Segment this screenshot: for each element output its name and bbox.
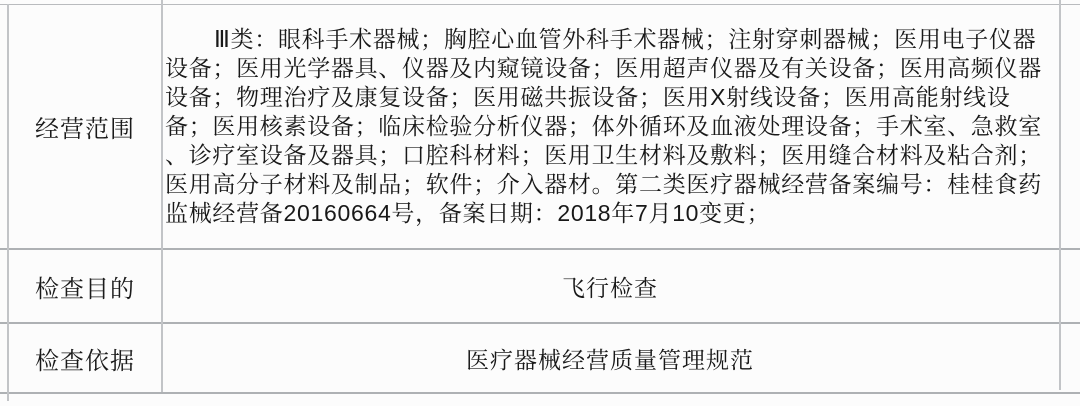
business-scope-line: 备；医用核素设备；临床检验分析仪器；体外循环及血液处理设备；手术室、急救室 <box>165 112 1057 141</box>
document-table-page: 经营范围 Ⅲ类：眼科手术器械；胸腔心血管外科手术器械；注射穿刺器械；医用电子仪器… <box>0 0 1080 406</box>
business-scope-line: 医用高分子材料及制品；软件；介入器材。第二类医疗器械经营备案编号：桂桂食药 <box>165 170 1057 199</box>
row-label-business-scope: 经营范围 <box>9 5 161 248</box>
business-scope-line: 、诊疗室设备及器具；口腔科材料；医用卫生材料及敷料；医用缝合材料及粘合剂； <box>165 141 1057 170</box>
business-scope-line: 监械经营备20160664号，备案日期：2018年7月10变更； <box>165 199 1057 228</box>
row-label-inspection-basis: 检查依据 <box>9 324 161 392</box>
row-label-inspection-purpose: 检查目的 <box>9 250 161 322</box>
business-scope-line: Ⅲ类：眼科手术器械；胸腔心血管外科手术器械；注射穿刺器械；医用电子仪器 <box>165 25 1057 54</box>
table-right-border <box>1059 0 1061 390</box>
row-divider-3 <box>0 392 1080 394</box>
cell-inspection-basis-value: 医疗器械经营质量管理规范 <box>163 324 1057 392</box>
business-scope-line: 设备；医用光学器具、仪器及内窥镜设备；医用超声仪器及有关设备；医用高频仪器 <box>165 54 1057 83</box>
business-scope-line: 设备；物理治疗及康复设备；医用磁共振设备；医用X射线设备；医用高能射线设 <box>165 83 1057 112</box>
cell-business-scope-value: Ⅲ类：眼科手术器械；胸腔心血管外科手术器械；注射穿刺器械；医用电子仪器 设备；医… <box>165 25 1057 228</box>
cell-inspection-purpose-value: 飞行检查 <box>163 250 1057 322</box>
